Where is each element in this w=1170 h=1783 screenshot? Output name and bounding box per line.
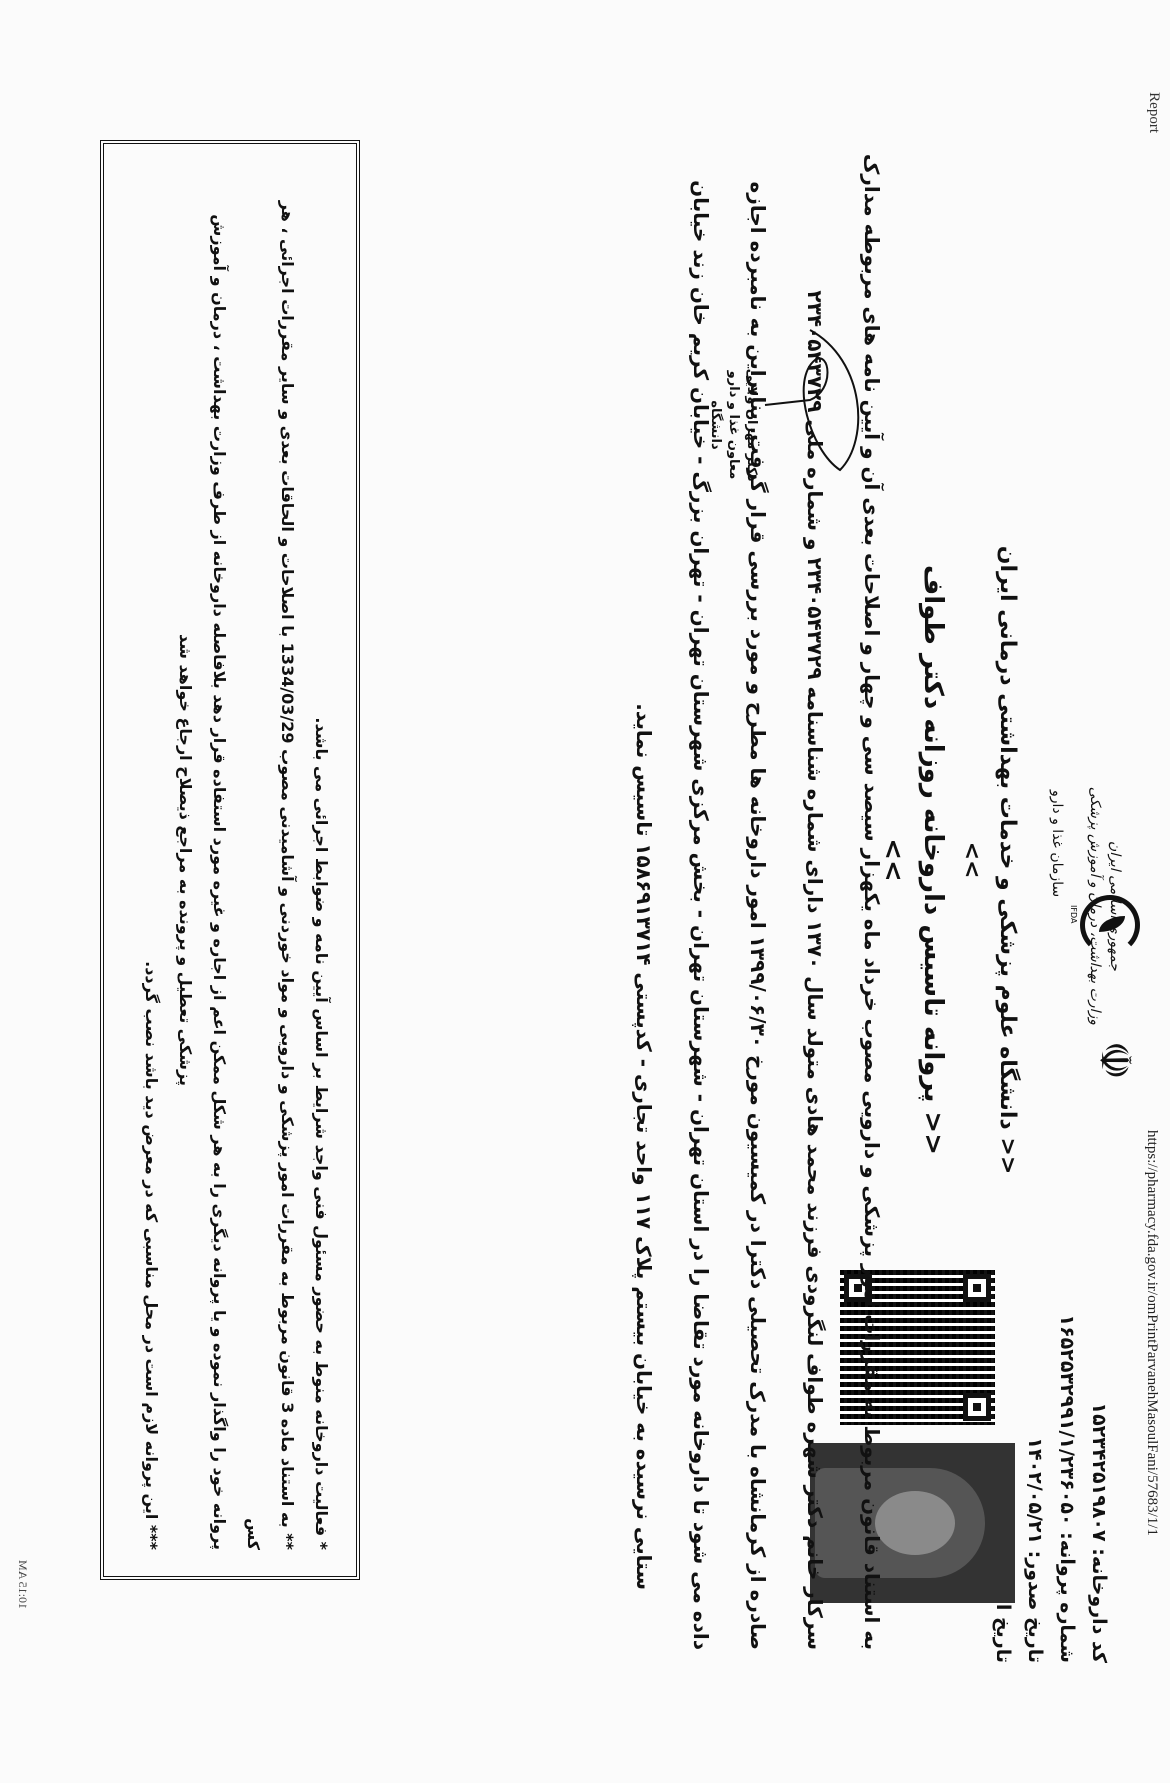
signature-icon [760, 320, 870, 480]
fda-abbr: IFDA [1069, 905, 1078, 923]
note-line: * فعالیت داروخانه منوط به حضور مسئول فنی… [304, 170, 338, 1550]
iran-emblem-icon: ☫ [1089, 1041, 1140, 1080]
signatory-name: دکتر مهران ولایی [742, 350, 760, 500]
qr-finder-icon [963, 1393, 991, 1421]
report-label: Report [1145, 92, 1162, 133]
source-url: https://pharmacy.fda.gov.ir/omPrintParva… [1143, 1130, 1160, 1536]
license-number: شماره پروانه: ۱۶۵۲۵۳۲۹۹۱/۱/۲۳۶۰۵۰ [1051, 1303, 1083, 1663]
note-line: پروانه خود را واگذار نموده و یا پروانه د… [202, 170, 236, 1550]
fda-logo-icon [1080, 895, 1140, 955]
issue-date: تاریخ صدور: ۱۴۰۲/۰۵/۲۱ [1019, 1303, 1051, 1663]
header-logos: ☫ جمهوری اسلامی ایران وزارت بهداشت، درما… [1020, 780, 1150, 1100]
signatory-position: معاون غذا و دارو دانشگاه [706, 350, 742, 500]
notes-box: * فعالیت داروخانه منوط به حضور مسئول فنی… [100, 140, 360, 1580]
pharmacy-code: کد داروخانه: ۱۵۲۳۴۲۵۱۹۸۰۷ [1083, 1303, 1115, 1663]
university-title: << دانشگاه علوم پزشکی و خدمات بهداشتی در… [953, 540, 1025, 1180]
note-line: ** به استناد ماده 3 قانون مربوط به مقررا… [236, 170, 304, 1550]
license-document: Report https://pharmacy.fda.gov.ir/omPri… [0, 0, 1170, 1783]
footer-timestamp: 10:15 AM [15, 1560, 30, 1609]
note-line: پزشکی تعطیل و پرونده به مراجع ذیصلاح ارج… [168, 170, 202, 1550]
qr-finder-icon [963, 1274, 991, 1302]
signatory: دکتر مهران ولایی معاون غذا و دارو دانشگا… [706, 350, 760, 500]
body-line: ستایی نرسیده به خیابان بیستم پلاک ۱۱۷ وا… [615, 150, 672, 1650]
signature-block: دکتر مهران ولایی معاون غذا و دارو دانشگا… [730, 200, 870, 500]
fda-name: سازمان غذا و دارو [1049, 790, 1065, 897]
note-line: *** این پروانه لازم است در محل مناسبی که… [134, 170, 168, 1550]
